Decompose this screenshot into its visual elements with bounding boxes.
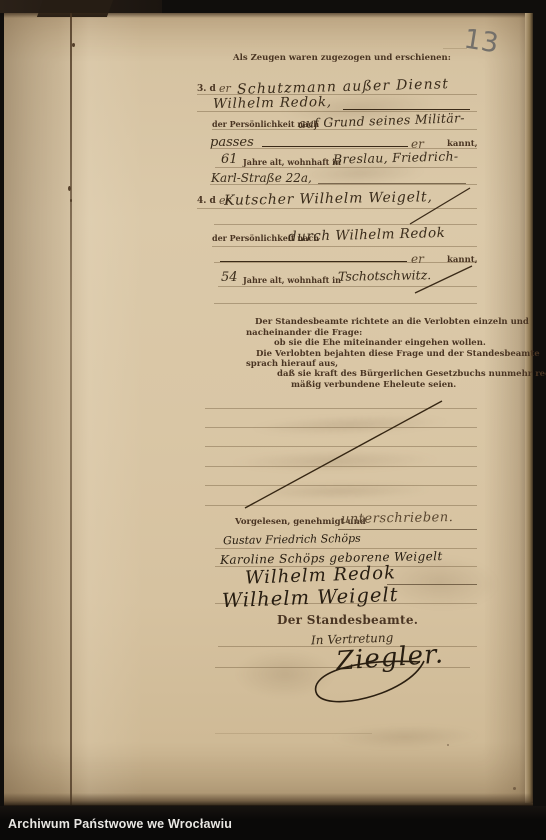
form-rule — [212, 246, 477, 247]
paper-top-edge — [4, 13, 533, 18]
archive-watermark-label: Archiwum Państwowe we Wrocławiu — [8, 817, 232, 831]
item3-age-handwritten: 61 — [221, 152, 238, 167]
ink-speck — [513, 787, 516, 790]
item4-age-printed: Jahre alt, wohnhaft in — [243, 275, 341, 285]
bleedthrough-smudge — [248, 480, 433, 501]
binding-crease — [70, 13, 72, 805]
paper-bottom-edge — [4, 793, 533, 807]
declaration-line1: Der Standesbeamte richtete an die Verlob… — [255, 317, 529, 327]
bleedthrough-smudge — [230, 448, 440, 474]
ink-speck — [72, 43, 75, 47]
item4-kannt-printed: kannt, — [447, 255, 478, 265]
ink-fill-rule — [338, 529, 477, 530]
form-rule — [218, 286, 477, 287]
item3-article-suffix-handwritten: er — [219, 82, 231, 95]
item3-name-handwritten: Wilhelm Redok, — [213, 94, 332, 112]
item4-residence-handwritten: Tschotschwitz. — [338, 267, 431, 284]
witness-heading: Als Zeugen waren zugezogen und erschiene… — [233, 53, 451, 63]
declaration-line2: nacheinander die Frage: — [246, 328, 362, 338]
item3-residence2-handwritten: Karl-Straße 22a, — [211, 171, 312, 185]
item4-er-handwritten: er — [411, 252, 424, 266]
ink-fill-rule — [262, 146, 408, 147]
declaration-line5: sprach hierauf aus, — [246, 359, 338, 369]
declaration-line6: daß sie kraft des Bürgerlichen Gesetzbuc… — [277, 369, 546, 379]
form-rule — [387, 584, 477, 585]
item3-number: 3. d — [197, 84, 216, 94]
form-rule — [215, 167, 477, 168]
item4-age-handwritten: 54 — [221, 270, 238, 285]
item4-number: 4. d — [197, 196, 216, 206]
signature-gustav-schoeps: Gustav Friedrich Schöps — [223, 532, 361, 547]
form-rule — [205, 427, 477, 428]
form-rule — [205, 408, 477, 409]
page-number-pencil: 13 — [462, 24, 501, 60]
form-rule — [205, 466, 477, 467]
item3-identity2-handwritten: passes — [210, 135, 254, 150]
form-rule — [205, 485, 477, 486]
paper-right-edge — [525, 13, 533, 803]
form-rule — [205, 446, 477, 447]
closing-handwritten: unterschrieben. — [341, 510, 454, 527]
faint-pencil-line — [215, 733, 372, 734]
declaration-line7: mäßig verbundene Eheleute seien. — [291, 380, 456, 390]
bleedthrough-smudge — [330, 724, 480, 751]
ink-fill-rule — [318, 183, 466, 184]
ink-speck — [70, 199, 72, 202]
item3-age-printed: Jahre alt, wohnhaft in — [243, 157, 341, 167]
bleedthrough-smudge — [235, 650, 335, 698]
registrar-title: Der Standesbeamte. — [277, 613, 418, 627]
ink-fill-rule — [220, 261, 407, 262]
ink-speck — [68, 186, 71, 191]
declaration-line3: ob sie die Ehe miteinander eingehen woll… — [274, 338, 486, 348]
item3-kannt-printed: kannt, — [447, 139, 478, 149]
form-rule — [214, 303, 477, 304]
scanned-registry-page: Als Zeugen waren zugezogen und erschiene… — [0, 0, 546, 840]
declaration-line4: Die Verlobten bejahten diese Frage und d… — [256, 349, 540, 359]
form-rule — [205, 505, 477, 506]
